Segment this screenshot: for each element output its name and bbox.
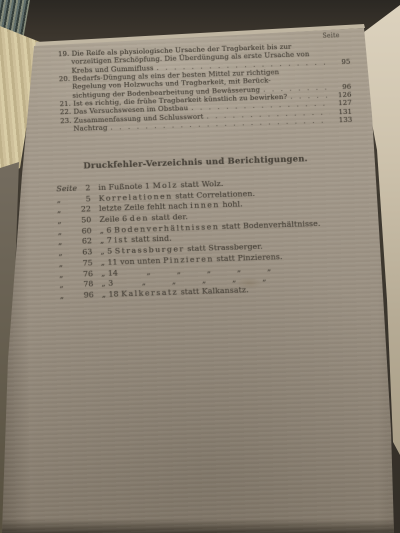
- toc-line-text: sichtigung der Bodenbearbeitung und Bewä…: [72, 85, 260, 99]
- errata-row: Seite2in Fußnote 1 Molz statt Wolz.: [56, 175, 356, 195]
- errata-correction-text: „ 7 ist statt sind.: [100, 234, 172, 245]
- errata-page-ref: „62: [58, 237, 92, 247]
- ditto-mark: „: [262, 274, 266, 283]
- toc-page-number: 131: [330, 108, 352, 117]
- errata-post-text: statt Correlationen.: [173, 189, 256, 201]
- errata-list: Seite2in Fußnote 1 Molz statt Wolz.„5Kor…: [56, 175, 360, 302]
- errata-title: Druckfehler-Verzeichnis und Berichtigung…: [46, 152, 346, 172]
- errata-ref-number: 50: [61, 215, 91, 225]
- errata-pre-text: „ 5: [100, 247, 115, 256]
- toc-line-text: vorzeitigen Erschöpfung. Die Überdüngung…: [71, 50, 309, 66]
- errata-pre-text: letzte Zeile fehlt nach: [99, 201, 190, 213]
- ditto-mark: „: [237, 264, 241, 273]
- toc-page-number: [309, 56, 331, 57]
- errata-ref-number: 2: [77, 183, 91, 192]
- ditto-mark: „: [267, 263, 271, 272]
- errata-ref-label: „: [59, 270, 63, 279]
- toc-page-number: 96: [329, 82, 351, 91]
- errata-post-text: statt Pinzierens.: [214, 252, 283, 263]
- errata-corrected-word: Pinzieren: [163, 254, 214, 265]
- errata-pre-text: „ 7: [100, 236, 115, 245]
- errata-row: „96„ 18 Kalkersatz statt Kalkansatz.: [60, 281, 360, 301]
- errata-post-text: statt Strassberger.: [185, 242, 263, 254]
- toc-line-text: 21. Ist es richtig, die frühe Tragbarkei…: [60, 93, 288, 108]
- errata-post-text: statt Kalkansatz.: [178, 285, 249, 296]
- paper-stain: [236, 277, 262, 289]
- errata-correction-text: Korrelationen statt Correlationen.: [99, 189, 256, 203]
- toc-line: sichtigung der Bodenbearbeitung und Bewä…: [59, 82, 351, 100]
- errata-row: „78„ 3 „„„„„: [59, 271, 359, 291]
- errata-post-text: statt Bodenverhältnisse.: [219, 219, 320, 231]
- errata-pre-text: „ 18: [102, 289, 122, 299]
- errata-post-text: statt Wolz.: [178, 179, 224, 189]
- errata-row: „5Korrelationen statt Correlationen.: [57, 185, 357, 205]
- errata-ref-label: „: [58, 227, 62, 236]
- toc-line: 19. Die Reife als physiologische Ursache…: [58, 41, 350, 59]
- toc-line-text: Krebs und Gummifluss: [71, 64, 153, 75]
- errata-ref-number: 96: [64, 290, 94, 300]
- ditto-mark: „: [172, 277, 176, 286]
- ditto-mark: „: [207, 265, 211, 274]
- toc-page-number: 126: [329, 91, 351, 100]
- errata-page-ref: „78: [59, 279, 93, 289]
- errata-pre-text: Zeile 6: [99, 214, 130, 224]
- errata-correction-text: Zeile 6 den statt der.: [99, 212, 188, 224]
- errata-ref-label: „: [58, 238, 62, 247]
- toc-line-text: 19. Die Reife als physiologische Ursache…: [58, 43, 292, 59]
- toc-line: Regelung von Holzwuchs und Tragbarkeit, …: [59, 74, 351, 92]
- table-of-contents: 19. Die Reife als physiologische Ursache…: [58, 41, 353, 134]
- toc-line-text: 20. Bedarfs-Düngung als eins der besten …: [59, 68, 280, 83]
- errata-ref-number: 78: [63, 279, 93, 289]
- errata-correction-text: „ 14 „„„„„: [101, 263, 271, 277]
- book-photo-scene: XI Seite 19. Die Reife als physiologisch…: [0, 0, 400, 533]
- errata-corrected-word: Kalkersatz: [121, 287, 178, 298]
- errata-corrected-word: innen: [190, 200, 220, 210]
- errata-ref-label: „: [59, 280, 63, 289]
- toc-page-number: 133: [330, 116, 352, 125]
- errata-post-text: hohl.: [220, 200, 243, 210]
- toc-line: Nachtrag . . . . . . . . . . . . . . . .…: [60, 116, 352, 134]
- printed-content: XI Seite 19. Die Reife als physiologisch…: [0, 0, 400, 533]
- errata-post-text: statt sind.: [128, 234, 171, 244]
- errata-correction-text: „ 3 „„„„„: [101, 274, 266, 288]
- ditto-mark: „: [146, 267, 150, 276]
- dot-leader: . . . . . . . . . . . . . . . . . . . . …: [260, 83, 329, 93]
- errata-correction-text: letzte Zeile fehlt nach innen hohl.: [99, 200, 243, 214]
- errata-page-ref: „22: [57, 205, 91, 215]
- errata-row: „75„ 11 von unten Pinzieren statt Pinzie…: [59, 249, 359, 269]
- errata-page-ref: „63: [58, 247, 92, 257]
- errata-row: „76„ 14 „„„„„: [59, 260, 359, 280]
- errata-ref-number: 60: [62, 226, 92, 236]
- toc-line: 20. Bedarfs-Düngung als eins der besten …: [59, 66, 351, 84]
- errata-ref-label: „: [57, 216, 61, 225]
- errata-post-text: statt der.: [149, 212, 188, 222]
- errata-row: „62„ 7 ist statt sind.: [58, 228, 358, 248]
- errata-ref-number: 76: [63, 269, 93, 279]
- errata-pre-text: „ 11 von unten: [101, 256, 164, 267]
- ditto-mark: „: [177, 266, 181, 275]
- dot-leader: . . . . . . . . . . . . . . . . . . . . …: [287, 92, 330, 101]
- errata-pre-text: „ 6: [100, 225, 115, 234]
- toc-page-number: 95: [328, 57, 350, 66]
- toc-line: 21. Ist es richtig, die frühe Tragbarkei…: [60, 91, 352, 109]
- errata-pre-text: „ 3: [101, 279, 116, 288]
- errata-ref-label: „: [58, 248, 62, 257]
- errata-ref-number: 62: [62, 237, 92, 247]
- errata-ref-number: 5: [61, 194, 91, 204]
- errata-row: „22letzte Zeile fehlt nach innen hohl.: [57, 196, 357, 216]
- errata-row: „50Zeile 6 den statt der.: [57, 207, 357, 227]
- toc-page-number: [291, 48, 313, 49]
- errata-correction-text: „ 18 Kalkersatz statt Kalkansatz.: [102, 285, 249, 299]
- errata-pre-text: in Fußnote 1: [98, 181, 153, 192]
- errata-corrected-word: Strassburger: [115, 244, 185, 255]
- toc-line: Krebs und Gummifluss . . . . . . . . . .…: [58, 57, 350, 75]
- errata-ref-label: „: [57, 206, 61, 215]
- errata-page-ref: Seite2: [56, 183, 90, 193]
- errata-ref-label: „: [57, 195, 61, 204]
- errata-correction-text: in Fußnote 1 Molz statt Wolz.: [98, 179, 223, 192]
- toc-line: vorzeitigen Erschöpfung. Die Überdüngung…: [58, 49, 350, 67]
- toc-line: 23. Zusammenfassung und Schlusswort . . …: [60, 108, 352, 126]
- errata-pre-text: „ 14: [101, 268, 121, 278]
- errata-page-ref: „50: [57, 215, 91, 225]
- dot-leader: . . . . . . . . . . . . . . . . . . . . …: [203, 108, 330, 120]
- dot-leader: . . . . . . . . . . . . . . . . . . . . …: [153, 58, 328, 72]
- errata-ref-number: 22: [61, 205, 91, 215]
- toc-line-text: Regelung von Holzwuchs und Tragbarkeit, …: [72, 77, 271, 91]
- errata-correction-text: „ 5 Strassburger statt Strassberger.: [100, 242, 263, 256]
- toc-page-number: [279, 73, 301, 74]
- errata-ref-number: 75: [63, 258, 93, 268]
- errata-corrected-word: ist: [114, 235, 128, 244]
- errata-correction-text: „ 6 Bodenverhältnissen statt Bodenverhäl…: [100, 219, 321, 235]
- ditto-mark: „: [232, 275, 236, 284]
- book-page: XI Seite 19. Die Reife als physiologisch…: [0, 0, 400, 533]
- errata-page-ref: „75: [59, 258, 93, 268]
- toc-page-number: 127: [330, 99, 352, 108]
- toc-line: 22. Das Versuchswesen im Obstbau . . . .…: [60, 99, 352, 117]
- errata-ref-label: Seite: [56, 184, 77, 194]
- errata-page-ref: „60: [58, 226, 92, 236]
- errata-corrected-word: Bodenverhältnissen: [114, 222, 219, 234]
- errata-row: „60„ 6 Bodenverhältnissen statt Bodenver…: [58, 217, 358, 237]
- dot-leader: . . . . . . . . . . . . . . . . . . . . …: [107, 117, 330, 132]
- errata-page-ref: „76: [59, 269, 93, 279]
- dot-leader: . . . . . . . . . . . . . . . . . . . . …: [188, 100, 330, 113]
- errata-corrected-word: Korrelationen: [99, 191, 173, 202]
- errata-ref-number: 63: [62, 247, 92, 257]
- errata-corrected-word: den: [130, 213, 149, 223]
- errata-ref-label: „: [60, 291, 64, 300]
- errata-row: „63„ 5 Strassburger statt Strassberger.: [58, 239, 358, 259]
- ditto-mark: „: [202, 276, 206, 285]
- toc-line-text: 22. Das Versuchswesen im Obstbau: [60, 104, 189, 116]
- toc-page-number: [271, 82, 293, 83]
- errata-ref-label: „: [59, 259, 63, 268]
- errata-page-ref: „96: [60, 290, 94, 300]
- bottom-shadow: [0, 519, 400, 533]
- errata-page-ref: „5: [57, 194, 91, 204]
- seite-column-label: Seite: [322, 32, 339, 40]
- toc-line-text: 23. Zusammenfassung und Schlusswort: [60, 112, 204, 125]
- errata-corrected-word: Molz: [153, 180, 179, 190]
- toc-line-text: Nachtrag: [73, 124, 107, 133]
- ditto-mark: „: [142, 278, 146, 287]
- errata-correction-text: „ 11 von unten Pinzieren statt Pinzieren…: [101, 252, 283, 267]
